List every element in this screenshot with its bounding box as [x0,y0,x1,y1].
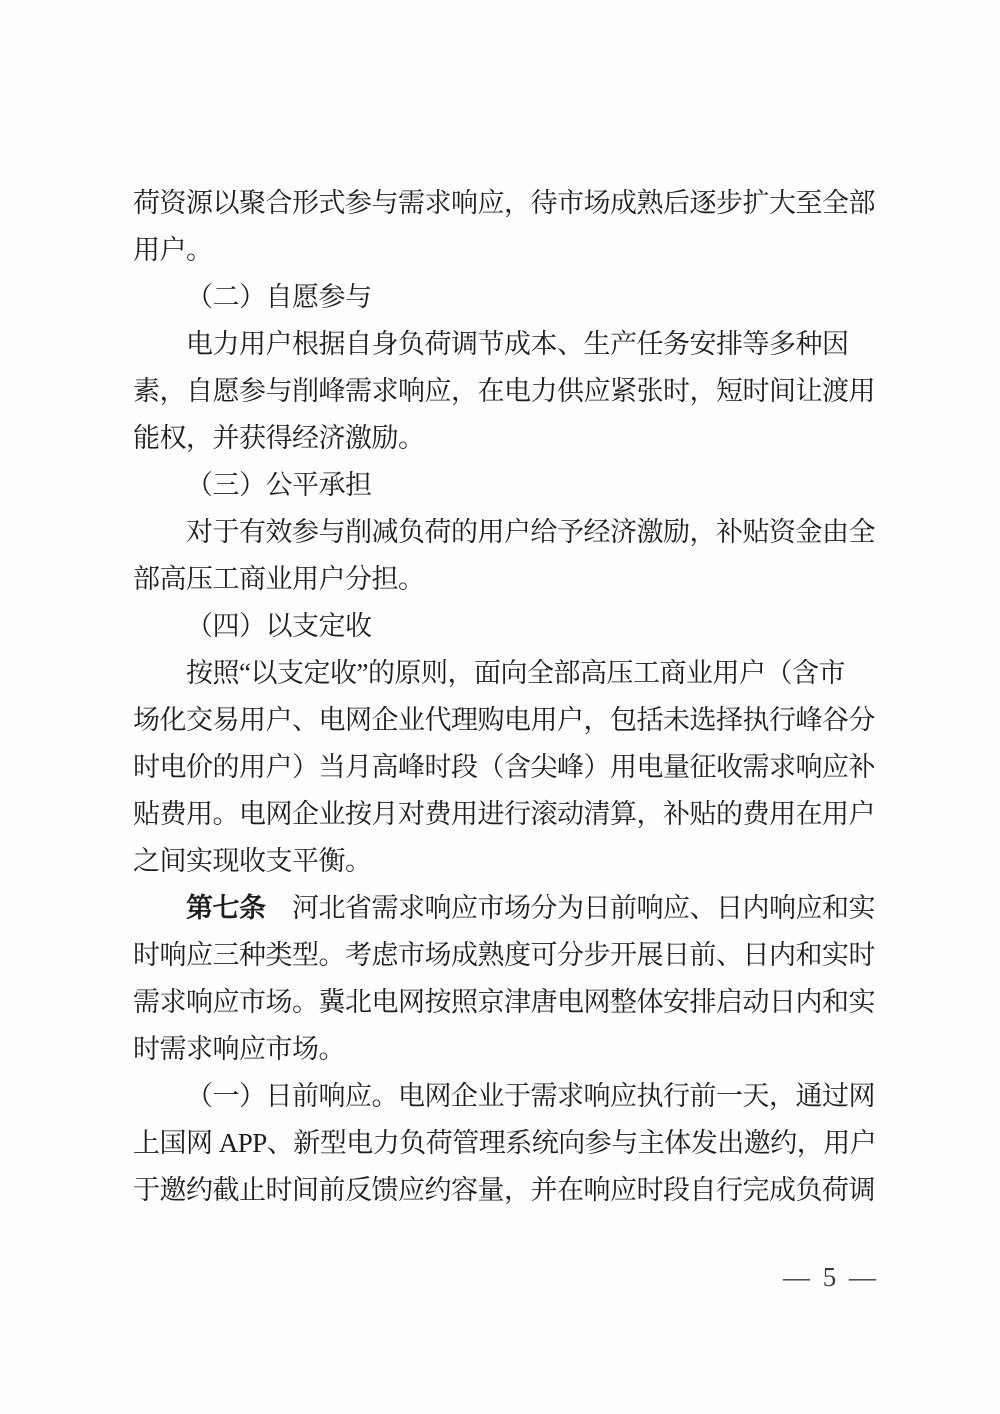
text-run: 部高压工商业用户分担。 [133,564,425,594]
text-run: 电力用户根据自身负荷调节成本、生产任务安排等多种因 [186,329,849,359]
text-line: （一）日前响应。电网企业于需求响应执行前一天，通过网 [133,1073,883,1120]
text-line: 贴费用。电网企业按月对费用进行滚动清算，补贴的费用在用户 [133,791,883,838]
text-run: 需求响应市场。冀北电网按照京津唐电网整体安排启动日内和实 [133,987,875,1017]
text-line: （四）以支定收 [133,603,883,650]
article-number: 第七条 [186,893,266,923]
text-line: 于邀约截止时间前反馈应约容量，并在响应时段自行完成负荷调 [133,1167,883,1214]
text-run: （三）公平承担 [186,470,372,500]
text-line: 按照“以支定收”的原则，面向全部高压工商业用户（含市 [133,650,883,697]
page-number: — 5 — [783,1261,879,1293]
text-run: 用户。 [133,235,213,265]
text-run: 场化交易用户、电网企业代理购电用户，包括未选择执行峰谷分 [133,705,875,735]
text-run: 时电价的用户）当月高峰时段（含尖峰）用电量征收需求响应补 [133,752,875,782]
document-body: 荷资源以聚合形式参与需求响应，待市场成熟后逐步扩大至全部用户。（二）自愿参与电力… [133,180,883,1214]
text-line: （二）自愿参与 [133,274,883,321]
text-run: 能权，并获得经济激励。 [133,423,425,453]
text-line: 用户。 [133,227,883,274]
text-run: 河北省需求响应市场分为日前响应、日内响应和实 [266,893,876,923]
text-line: 部高压工商业用户分担。 [133,556,883,603]
text-run: 对于有效参与削减负荷的用户给予经济激励，补贴资金由全 [186,517,875,547]
text-run: 之间实现收支平衡。 [133,846,372,876]
text-run: （一）日前响应。电网企业于需求响应执行前一天，通过网 [186,1081,875,1111]
document-page: 荷资源以聚合形式参与需求响应，待市场成熟后逐步扩大至全部用户。（二）自愿参与电力… [0,0,1000,1414]
text-run: 贴费用。电网企业按月对费用进行滚动清算，补贴的费用在用户 [133,799,875,829]
text-run: 时响应三种类型。考虑市场成熟度可分步开展日前、日内和实时 [133,940,875,970]
text-run: 于邀约截止时间前反馈应约容量，并在响应时段自行完成负荷调 [133,1175,875,1205]
text-line: 第七条 河北省需求响应市场分为日前响应、日内响应和实 [133,885,883,932]
text-run: （四）以支定收 [186,611,372,641]
text-line: 荷资源以聚合形式参与需求响应，待市场成熟后逐步扩大至全部 [133,180,883,227]
text-run: （二）自愿参与 [186,282,372,312]
text-line: 需求响应市场。冀北电网按照京津唐电网整体安排启动日内和实 [133,979,883,1026]
text-run: 按照“以支定收”的原则，面向全部高压工商业用户（含市 [186,658,845,688]
text-line: 时电价的用户）当月高峰时段（含尖峰）用电量征收需求响应补 [133,744,883,791]
text-line: 之间实现收支平衡。 [133,838,883,885]
text-run: 上国网 APP、新型电力负荷管理系统向参与主体发出邀约，用户 [133,1128,876,1158]
text-line: 上国网 APP、新型电力负荷管理系统向参与主体发出邀约，用户 [133,1120,883,1167]
text-line: （三）公平承担 [133,462,883,509]
text-line: 时需求响应市场。 [133,1026,883,1073]
text-line: 场化交易用户、电网企业代理购电用户，包括未选择执行峰谷分 [133,697,883,744]
text-line: 电力用户根据自身负荷调节成本、生产任务安排等多种因 [133,321,883,368]
text-line: 对于有效参与削减负荷的用户给予经济激励，补贴资金由全 [133,509,883,556]
text-run: 时需求响应市场。 [133,1034,345,1064]
text-line: 时响应三种类型。考虑市场成熟度可分步开展日前、日内和实时 [133,932,883,979]
text-line: 素，自愿参与削峰需求响应，在电力供应紧张时，短时间让渡用 [133,368,883,415]
text-run: 荷资源以聚合形式参与需求响应，待市场成熟后逐步扩大至全部 [133,188,875,218]
text-line: 能权，并获得经济激励。 [133,415,883,462]
text-run: 素，自愿参与削峰需求响应，在电力供应紧张时，短时间让渡用 [133,376,875,406]
